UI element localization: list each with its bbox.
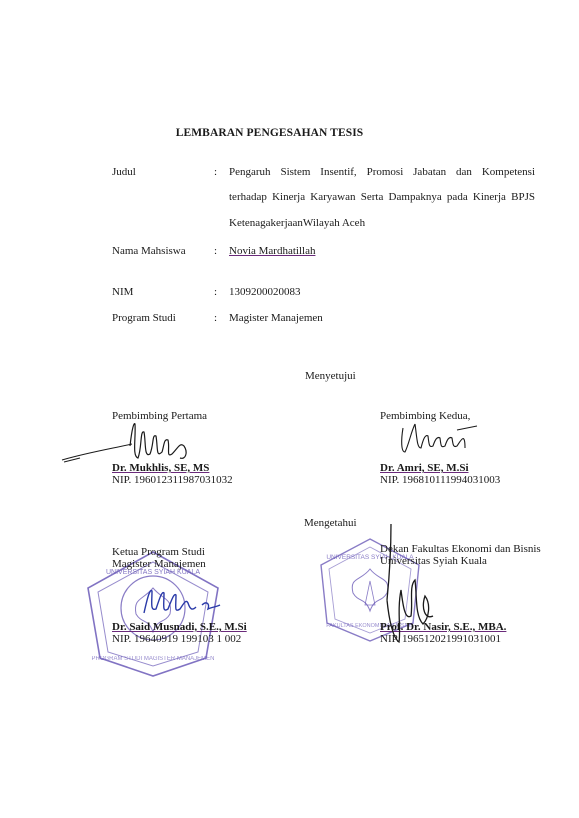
prodi-label: Program Studi xyxy=(112,312,176,324)
supervisor-1-signature xyxy=(60,418,220,468)
nim-label: NIM xyxy=(112,286,133,298)
prodi-value: Magister Manajemen xyxy=(229,312,323,324)
supervisor-2-signature xyxy=(395,418,485,458)
judul-colon: : xyxy=(214,166,217,178)
document-title: LEMBARAN PENGESAHAN TESIS xyxy=(0,127,579,139)
official-2-signature xyxy=(385,520,445,645)
nim-colon: : xyxy=(214,286,217,298)
official-1-role-line2: Magister Manajemen xyxy=(112,558,247,570)
official-1-nip: NIP. 19640919 199103 1 002 xyxy=(112,633,247,645)
judul-line-2: terhadap Kinerja Karyawan Serta Dampakny… xyxy=(229,191,535,203)
supervisor-1-nip: NIP. 196012311987031032 xyxy=(112,474,233,486)
supervisor-2-nip: NIP. 196810111994031003 xyxy=(380,474,500,486)
nama-colon: : xyxy=(214,245,217,257)
left-stamp-text-bottom: PROGRAM STUDI MAGISTER MANAJEMEN xyxy=(91,656,214,662)
official-1-name: Dr. Said Musnadi, S.E., M.Si xyxy=(112,621,247,633)
nama-value: Novia Mardhatillah xyxy=(229,245,315,257)
official-1-signature xyxy=(140,585,230,620)
approval-heading: Menyetujui xyxy=(305,370,356,382)
judul-line-3: KetenagakerjaanWilayah Aceh xyxy=(229,217,535,229)
nim-value: 1309200020083 xyxy=(229,286,301,298)
title-text: LEMBARAN PENGESAHAN TESIS xyxy=(176,127,364,139)
prodi-colon: : xyxy=(214,312,217,324)
supervisor-2-name: Dr. Amri, SE, M.Si xyxy=(380,462,500,474)
judul-line-1: Pengaruh Sistem Insentif, Promosi Jabata… xyxy=(229,166,535,178)
acknowledge-heading: Mengetahui xyxy=(304,517,357,529)
judul-label: Judul xyxy=(112,166,136,178)
official-1-role-line1: Ketua Program Studi xyxy=(112,546,247,558)
nama-label: Nama Mahsiswa xyxy=(112,245,186,257)
